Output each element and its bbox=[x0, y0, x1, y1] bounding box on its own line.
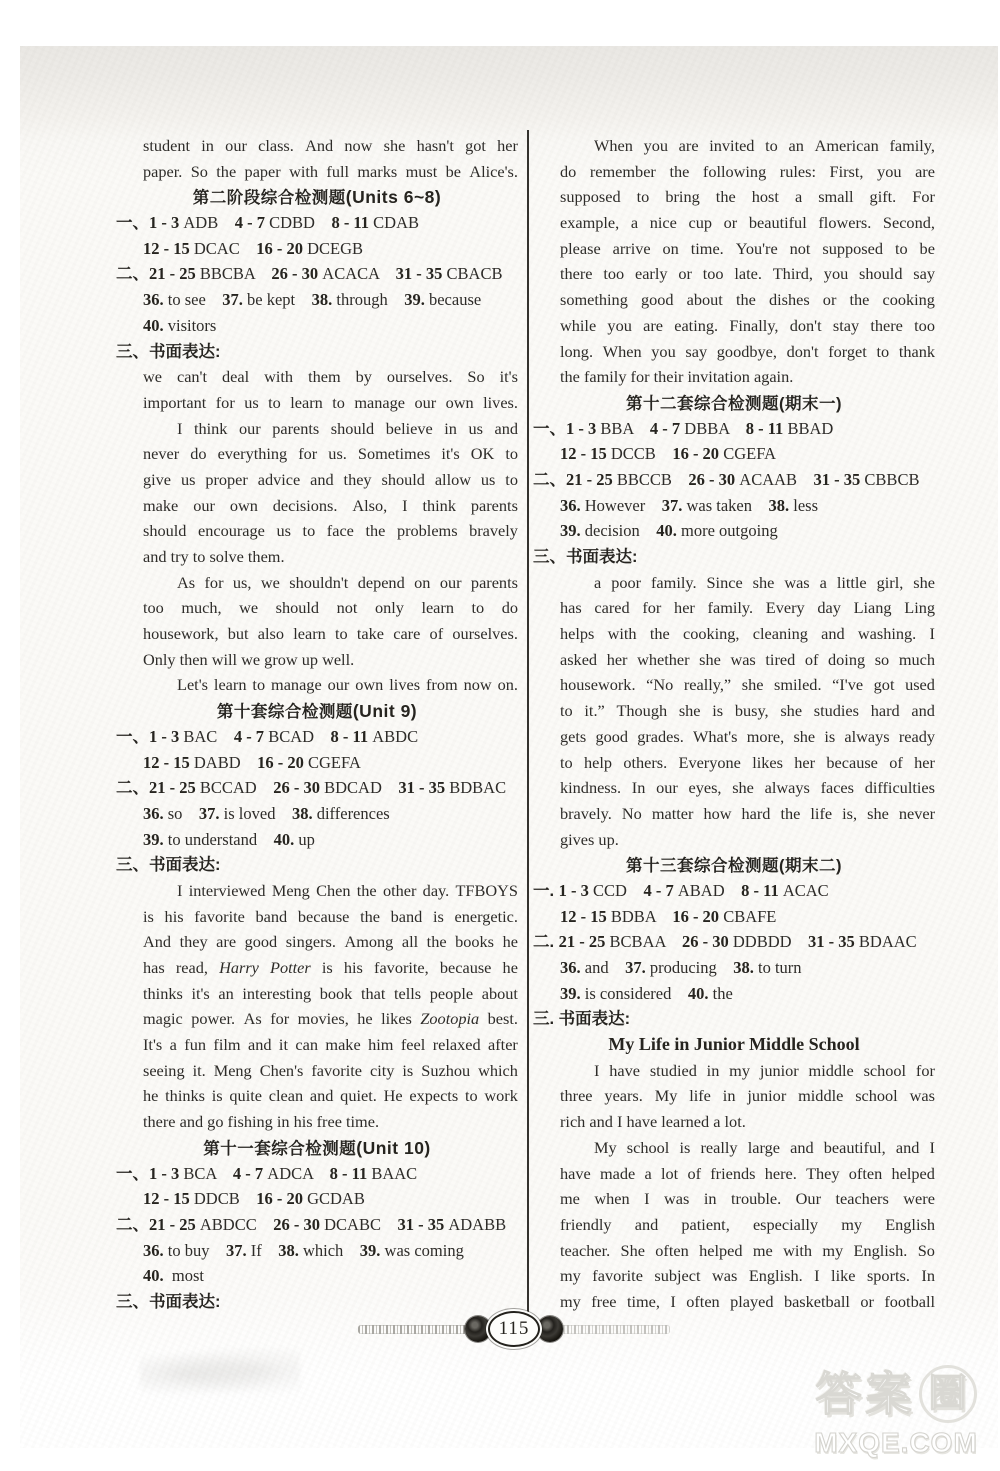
text-run: 8 - 11 bbox=[331, 213, 373, 232]
word: the bbox=[650, 621, 670, 647]
word: remember bbox=[590, 159, 656, 185]
text-line: getsgoodgrades.What'smore,sheisalwaysrea… bbox=[533, 724, 935, 750]
word: her bbox=[607, 647, 628, 673]
word: manage bbox=[271, 672, 322, 698]
word: eyes, bbox=[688, 775, 721, 801]
word: expects bbox=[409, 1083, 458, 1109]
word: When bbox=[594, 133, 633, 159]
word: it. bbox=[193, 1058, 206, 1084]
word: When bbox=[603, 339, 642, 365]
word: was bbox=[664, 1186, 689, 1212]
word: here. bbox=[765, 1161, 797, 1187]
word: often bbox=[686, 1289, 719, 1315]
text-run: ACACA bbox=[322, 264, 379, 283]
word: good bbox=[641, 287, 674, 313]
word: Finally, bbox=[729, 313, 778, 339]
word: make bbox=[143, 493, 178, 519]
word: I bbox=[177, 416, 182, 442]
text-run: CBAFE bbox=[723, 907, 776, 926]
text-run bbox=[216, 1164, 233, 1183]
word: difficulties bbox=[865, 775, 935, 801]
text-line: thinksit'saninterestingbookthattellspeop… bbox=[116, 981, 518, 1007]
word: now bbox=[464, 672, 492, 698]
text-line: theretooearlyortoolate.Third,youshouldsa… bbox=[533, 261, 935, 287]
word: other bbox=[383, 878, 416, 904]
word: He bbox=[384, 1083, 403, 1109]
text-line: somethinggoodaboutthedishesorthecooking bbox=[533, 287, 935, 313]
text-run: 16 - 20 bbox=[672, 907, 723, 926]
word: three bbox=[560, 1083, 593, 1109]
text-run: 31 - 35 bbox=[808, 932, 859, 951]
text-run bbox=[609, 958, 626, 977]
text-run: DCAC bbox=[194, 239, 240, 258]
word: full bbox=[326, 159, 349, 185]
text-line: makeourowndecisions.Also,Ithinkparents bbox=[116, 493, 518, 519]
word: too bbox=[143, 595, 164, 621]
word: of bbox=[805, 647, 819, 673]
text-run: more outgoing bbox=[681, 521, 778, 540]
text-run: 37. bbox=[222, 290, 247, 309]
word: relaxed bbox=[433, 1032, 481, 1058]
word: in bbox=[723, 1083, 736, 1109]
word: to bbox=[332, 390, 345, 416]
answer-line: 一、1 - 3 BAC 4 - 7 BCAD 8 - 11 ABDC bbox=[116, 724, 518, 750]
word: a bbox=[645, 1161, 652, 1187]
word: Meng bbox=[272, 878, 310, 904]
text-run: DBBA bbox=[684, 419, 729, 438]
answer-line: 36. However 37. was taken 38. less bbox=[533, 493, 935, 519]
word: her bbox=[497, 133, 518, 159]
word: You're bbox=[736, 236, 778, 262]
word: parents bbox=[471, 493, 518, 519]
word: I bbox=[670, 1289, 675, 1315]
word: when bbox=[594, 1186, 629, 1212]
text-run: 21 - 25 bbox=[149, 1215, 200, 1234]
word: an bbox=[789, 133, 804, 159]
word: band bbox=[256, 904, 288, 930]
word: are bbox=[643, 313, 663, 339]
word: she bbox=[913, 570, 935, 596]
text-run: 4 - 7 bbox=[233, 1164, 267, 1183]
text-run: 38. bbox=[769, 496, 794, 515]
text-run: ADB bbox=[183, 213, 218, 232]
text-run: which bbox=[303, 1241, 343, 1260]
text-run: 39. bbox=[560, 521, 585, 540]
page-number: 115 bbox=[499, 1318, 530, 1340]
text-run: 8 - 11 bbox=[746, 419, 788, 438]
word: learn bbox=[293, 621, 326, 647]
word: Suzhou bbox=[421, 1058, 470, 1084]
word: be bbox=[920, 236, 935, 262]
word: I bbox=[594, 1058, 599, 1084]
text-line: Ihavestudiedinmyjuniormiddleschoolfor bbox=[533, 1058, 935, 1084]
text-run: and bbox=[585, 958, 609, 977]
word: he bbox=[503, 955, 518, 981]
text-run: 38. bbox=[733, 958, 758, 977]
word: from bbox=[426, 672, 458, 698]
chain-ornament-right bbox=[560, 1325, 670, 1334]
text-run: ACAAB bbox=[739, 470, 797, 489]
word: much bbox=[899, 647, 935, 673]
word: manage bbox=[354, 390, 405, 416]
word: more, bbox=[747, 724, 785, 750]
word: he bbox=[503, 929, 518, 955]
word: for bbox=[270, 1006, 289, 1032]
word: is bbox=[402, 1058, 413, 1084]
word: it.” bbox=[584, 698, 604, 724]
word: depend bbox=[358, 570, 405, 596]
word: in bbox=[704, 1186, 717, 1212]
word: Our bbox=[796, 1186, 821, 1212]
text-line: pleasearriveontime.You'renotsupposedtobe bbox=[533, 236, 935, 262]
word: OK bbox=[471, 441, 495, 467]
word: “No bbox=[646, 672, 673, 698]
word: kindness. bbox=[560, 775, 621, 801]
word: cooking, bbox=[683, 621, 740, 647]
word: she bbox=[699, 647, 721, 673]
word: to bbox=[472, 595, 485, 621]
word: should bbox=[859, 261, 902, 287]
word: we bbox=[239, 595, 258, 621]
word: helped bbox=[699, 1238, 742, 1264]
text-run: Only then will we grow up well. bbox=[143, 650, 354, 669]
word: a bbox=[631, 210, 638, 236]
word: As bbox=[244, 1006, 262, 1032]
text-line: supposedtobringthehostasmallgift.For bbox=[533, 184, 935, 210]
word: with bbox=[264, 364, 293, 390]
word: an bbox=[218, 981, 233, 1007]
word: have bbox=[609, 1058, 640, 1084]
text-run: ABDCC bbox=[200, 1215, 257, 1234]
word: face bbox=[327, 518, 354, 544]
word: good bbox=[245, 929, 278, 955]
text-run bbox=[257, 1215, 274, 1234]
word: family. bbox=[708, 595, 754, 621]
text-run: CGEFA bbox=[723, 444, 776, 463]
text-line: It'safunfilmanditcanmakehimfeelrelaxedaf… bbox=[116, 1032, 518, 1058]
word: helps bbox=[560, 621, 594, 647]
text-run: 36. bbox=[560, 496, 585, 515]
word: free bbox=[591, 1289, 616, 1315]
text-run bbox=[206, 290, 223, 309]
text-run: 21 - 25 bbox=[149, 264, 200, 283]
answer-line: 一、1 - 3 ADB 4 - 7 CDBD 8 - 11 CDAB bbox=[116, 210, 518, 236]
word: them bbox=[308, 364, 341, 390]
text-run bbox=[379, 264, 396, 283]
text-run: 40. bbox=[688, 984, 713, 1003]
text-line: long.Whenyousaygoodbye,don'tforgettothan… bbox=[533, 339, 935, 365]
word: a bbox=[170, 1032, 177, 1058]
word: Sometimes bbox=[358, 441, 430, 467]
text-line: paper.SothepaperwithfullmarksmustbeAlice… bbox=[116, 159, 518, 185]
word: and bbox=[896, 1135, 920, 1161]
word: hard bbox=[742, 801, 771, 827]
text-run: was taken bbox=[686, 496, 752, 515]
section-heading: 第十三套综合检测题(期末二) bbox=[533, 852, 935, 878]
word: favorite bbox=[311, 1058, 362, 1084]
word: that bbox=[361, 981, 385, 1007]
word: to bbox=[560, 698, 573, 724]
word: think bbox=[422, 493, 455, 519]
word: us bbox=[181, 467, 195, 493]
word: interviewed bbox=[189, 878, 266, 904]
word: Liang bbox=[854, 595, 892, 621]
word: basketball bbox=[784, 1289, 850, 1315]
word: books bbox=[455, 929, 494, 955]
word: small bbox=[818, 184, 853, 210]
word: really,” bbox=[684, 672, 731, 698]
text-run: differences bbox=[317, 804, 390, 823]
word: decisions. bbox=[273, 493, 338, 519]
answer-line: 40. most bbox=[116, 1263, 518, 1289]
watermark: 答案 圈 MXQE.COM bbox=[804, 1364, 988, 1459]
text-run: visitors bbox=[168, 316, 217, 335]
answer-line: 12 - 15 DCCB 16 - 20 CGEFA bbox=[533, 441, 935, 467]
word: to bbox=[335, 621, 348, 647]
essay-title: My Life in Junior Middle School bbox=[533, 1032, 935, 1058]
word: favorite bbox=[194, 904, 245, 930]
word: clean bbox=[269, 1083, 303, 1109]
text-run: 38. bbox=[312, 290, 337, 309]
text-run: 16 - 20 bbox=[257, 753, 308, 772]
word: is bbox=[322, 955, 333, 981]
text-run: 三、书面表达: bbox=[116, 1293, 221, 1311]
word: about bbox=[482, 981, 518, 1007]
word: nice bbox=[650, 210, 677, 236]
text-run bbox=[633, 419, 650, 438]
word: magic bbox=[143, 1006, 183, 1032]
word: don't bbox=[787, 339, 819, 365]
word: it bbox=[279, 1032, 288, 1058]
text-run: 三、书面表达: bbox=[533, 548, 638, 566]
text-run: 40. bbox=[143, 1266, 172, 1285]
text-line: ishisfavoritebandbecausethebandisenerget… bbox=[116, 904, 518, 930]
word: favorite, bbox=[374, 955, 429, 981]
text-run: If bbox=[251, 1241, 262, 1260]
word: has bbox=[560, 595, 582, 621]
text-run: so bbox=[168, 804, 183, 823]
text-run bbox=[656, 907, 673, 926]
word: cup bbox=[689, 210, 713, 236]
text-run bbox=[240, 1189, 257, 1208]
word: paper bbox=[245, 159, 281, 185]
word: They bbox=[806, 1161, 839, 1187]
answer-line: 三、书面表达: bbox=[116, 1289, 518, 1315]
word: to bbox=[876, 339, 889, 365]
word: washing. bbox=[858, 621, 916, 647]
text-run: was coming bbox=[385, 1241, 464, 1260]
watermark-brand-text: 答案 bbox=[816, 1364, 916, 1424]
word: was bbox=[712, 1263, 737, 1289]
word: important bbox=[143, 390, 206, 416]
text-run: 16 - 20 bbox=[672, 444, 723, 463]
word: she bbox=[384, 133, 406, 159]
word: girl, bbox=[877, 570, 904, 596]
text-line: importantforustolearntomanageourownlives… bbox=[116, 390, 518, 416]
word: And bbox=[143, 929, 171, 955]
word: in bbox=[201, 133, 214, 159]
word: junior bbox=[747, 1083, 786, 1109]
word: host bbox=[752, 184, 779, 210]
word: his bbox=[344, 955, 363, 981]
text-run bbox=[717, 958, 734, 977]
word: it's bbox=[191, 981, 209, 1007]
word: him bbox=[368, 1032, 393, 1058]
word: and bbox=[494, 416, 518, 442]
text-line: housework,butalsolearntotakecareofoursel… bbox=[116, 621, 518, 647]
word: our bbox=[328, 672, 350, 698]
word: class. bbox=[258, 133, 294, 159]
word: and bbox=[310, 467, 334, 493]
text-run bbox=[314, 727, 331, 746]
answer-line: 一、1 - 3 BBA 4 - 7 DBBA 8 - 11 BBAD bbox=[533, 416, 935, 442]
word: make bbox=[325, 1032, 360, 1058]
word: rules: bbox=[780, 159, 816, 185]
word: “I've bbox=[832, 672, 863, 698]
word: or bbox=[678, 261, 692, 287]
word: played bbox=[730, 1289, 773, 1315]
word: and bbox=[911, 698, 935, 724]
text-run bbox=[257, 830, 274, 849]
text-run: 三. 书面表达: bbox=[533, 1010, 630, 1028]
text-run: ADABB bbox=[448, 1215, 506, 1234]
word: us bbox=[276, 518, 290, 544]
word: Zootopia bbox=[420, 1006, 479, 1032]
text-run bbox=[640, 521, 657, 540]
word: is, bbox=[842, 801, 857, 827]
text-run bbox=[797, 470, 814, 489]
page-number-badge: 115 bbox=[488, 1311, 540, 1347]
word: to bbox=[560, 750, 573, 776]
word: flowers. bbox=[818, 210, 871, 236]
text-run: 三、书面表达: bbox=[116, 343, 221, 361]
text-line: WhenyouareinvitedtoanAmericanfamily, bbox=[533, 133, 935, 159]
text-run: 第十一套综合检测题 bbox=[203, 1140, 356, 1158]
text-line: Andtheyaregoodsingers.Amongallthebookshe bbox=[116, 929, 518, 955]
word: especially bbox=[753, 1212, 818, 1238]
word: junior bbox=[760, 1058, 799, 1084]
watermark-url: MXQE.COM bbox=[804, 1427, 988, 1459]
word: he bbox=[357, 1006, 372, 1032]
word: to bbox=[268, 390, 281, 416]
text-run: 二、 bbox=[533, 471, 566, 489]
column-left: studentinourclass.Andnowshehasn'tgotherp… bbox=[116, 133, 518, 1315]
word: and bbox=[248, 1032, 272, 1058]
text-run: ABAD bbox=[678, 881, 725, 900]
word: helped bbox=[891, 1161, 934, 1187]
word: encourage bbox=[198, 518, 265, 544]
word: tired bbox=[765, 647, 795, 673]
text-run bbox=[262, 1241, 279, 1260]
scanned-answer-page: { "page_number": "115", "watermark": { "… bbox=[0, 0, 1000, 1471]
text-run bbox=[241, 753, 258, 772]
word: shouldn't bbox=[289, 570, 348, 596]
word: As bbox=[177, 570, 195, 596]
word: thinks bbox=[143, 981, 183, 1007]
text-run: CDAB bbox=[373, 213, 419, 232]
column-divider-rule bbox=[527, 130, 529, 1314]
text-run: 36. bbox=[560, 958, 585, 977]
word: her bbox=[794, 750, 815, 776]
text-run: (Unit 10) bbox=[356, 1138, 431, 1158]
word: learn bbox=[214, 672, 247, 698]
word: do bbox=[560, 159, 576, 185]
word: my bbox=[822, 1238, 843, 1264]
text-run bbox=[645, 496, 662, 515]
text-run: DABD bbox=[194, 753, 241, 772]
chain-ornament-left bbox=[358, 1325, 468, 1334]
text-run: to buy bbox=[168, 1241, 210, 1260]
text-run bbox=[275, 804, 292, 823]
word: Every bbox=[766, 595, 805, 621]
text-run: 31 - 35 bbox=[814, 470, 865, 489]
word: I bbox=[177, 878, 182, 904]
text-line: kindness.Inoureyes,shealwaysfacesdifficu… bbox=[533, 775, 935, 801]
word: by bbox=[356, 364, 372, 390]
text-run: 一、 bbox=[533, 420, 566, 438]
word: day. bbox=[423, 878, 450, 904]
word: to bbox=[252, 672, 265, 698]
word: you bbox=[644, 133, 668, 159]
word: smiled. bbox=[774, 672, 821, 698]
text-run: 4 - 7 bbox=[234, 727, 268, 746]
text-line: Ithinkourparentsshouldbelieveinusand bbox=[116, 416, 518, 442]
word: how bbox=[703, 801, 731, 827]
text-run: BBCCB bbox=[617, 470, 672, 489]
word: the bbox=[216, 159, 236, 185]
word: allow bbox=[435, 467, 471, 493]
answer-line: 二、21 - 25 BBCBA 26 - 30 ACACA 31 - 35 CB… bbox=[116, 261, 518, 287]
text-line: havemadealotoffriendshere.Theyoftenhelpe… bbox=[533, 1161, 935, 1187]
word: What's bbox=[693, 724, 738, 750]
word: work bbox=[484, 1083, 517, 1109]
word: me bbox=[753, 1238, 773, 1264]
text-line: shouldencourageustofacetheproblemsbravel… bbox=[116, 518, 518, 544]
word: bravely bbox=[469, 518, 518, 544]
text-line: myfreetime,Ioftenplayedbasketballorfootb… bbox=[533, 1289, 935, 1315]
text-run: 26 - 30 bbox=[688, 470, 739, 489]
word: matter bbox=[652, 801, 694, 827]
word: beautiful, bbox=[824, 1135, 886, 1161]
word: dishes bbox=[769, 287, 810, 313]
text-run bbox=[295, 290, 312, 309]
word: school bbox=[855, 1083, 898, 1109]
word: my bbox=[560, 1263, 581, 1289]
word: student bbox=[143, 133, 190, 159]
word: a bbox=[795, 184, 802, 210]
word: take bbox=[357, 621, 384, 647]
word: there bbox=[560, 261, 593, 287]
answer-line: 39. to understand 40. up bbox=[116, 827, 518, 853]
text-run: most bbox=[172, 1266, 204, 1285]
word: me bbox=[560, 1186, 580, 1212]
text-run: 1 - 3 bbox=[559, 881, 593, 900]
word: or bbox=[724, 210, 738, 236]
text-run: 36. bbox=[143, 804, 168, 823]
text-run: up bbox=[298, 830, 315, 849]
word: were bbox=[903, 1186, 935, 1212]
word: life bbox=[689, 1083, 711, 1109]
word: is bbox=[143, 904, 154, 930]
text-run: 39. bbox=[560, 984, 585, 1003]
text-run: 12 - 15 bbox=[143, 1189, 194, 1208]
word: hasn't bbox=[417, 133, 454, 159]
word: our bbox=[440, 570, 462, 596]
word: us. bbox=[328, 441, 347, 467]
text-line: threeyears.Mylifeinjuniormiddleschoolwas bbox=[533, 1083, 935, 1109]
word: should bbox=[143, 518, 186, 544]
word: poor bbox=[611, 570, 641, 596]
